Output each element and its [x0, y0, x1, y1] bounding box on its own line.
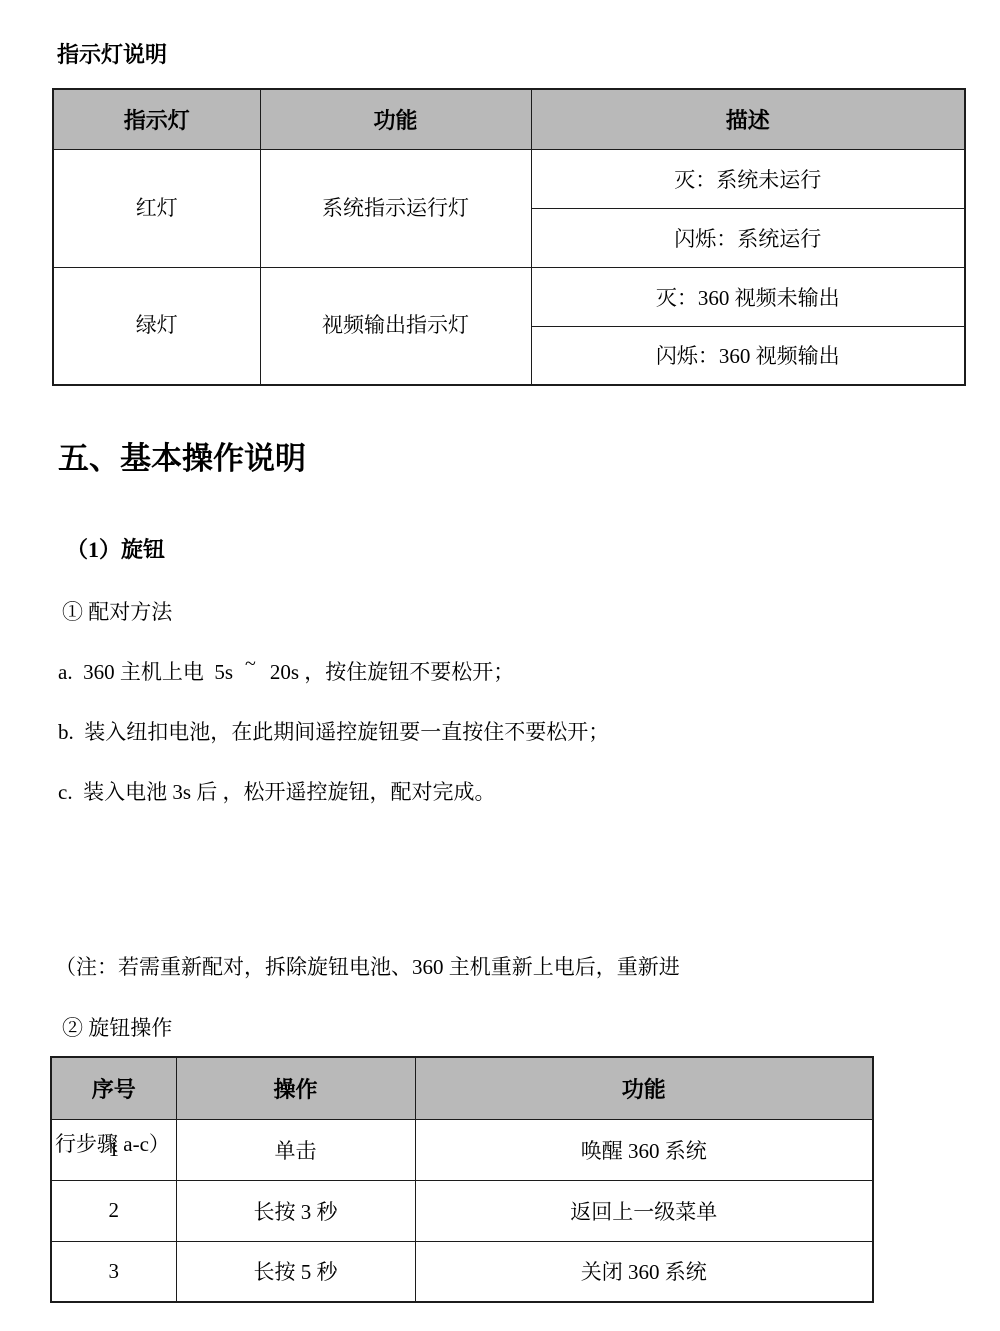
green-light-function: 视频输出指示灯 [261, 296, 531, 355]
knob-row1-operation: 单击 [176, 1119, 415, 1180]
red-light-desc-on: 闪烁：系统运行 [531, 208, 965, 267]
green-light-desc-off: 灭：360 视频未输出 [531, 267, 965, 326]
green-light-desc-on: 闪烁：360 视频输出 [531, 326, 965, 385]
knob-table-header-no: 序号 [51, 1057, 176, 1119]
red-light-cell: 红灯 [53, 149, 260, 267]
indicator-table-header-row: 指示灯 功能 描述 [53, 89, 965, 149]
knob-row1-function: 唤醒 360 系统 [415, 1119, 873, 1180]
sub-section-heading: （1）旋钮 [66, 537, 165, 563]
pairing-step-a: a. 360 主机上电 5s~20s ，按住旋钮不要松开； [58, 659, 514, 686]
knob-row3-function: 关闭 360 系统 [415, 1241, 873, 1302]
table-row: 红灯 系统指示运行灯 灭：系统未运行 [53, 149, 965, 208]
red-light-desc-off: 灭：系统未运行 [531, 149, 965, 208]
pairing-step-c: c. 装入电池 3s 后 ，松开遥控旋钮，配对完成。 [58, 779, 496, 806]
knob-operation-table: 序号 操作 功能 1 单击 唤醒 360 系统 2 长按 3 秒 返回上一级菜单… [50, 1056, 874, 1303]
indicator-table-header-function: 功能 [260, 89, 531, 149]
pairing-method-title: ① 配对方法 [62, 599, 172, 626]
knob-row2-operation: 长按 3 秒 [176, 1180, 415, 1241]
indicator-section-heading: 指示灯说明 [57, 42, 167, 68]
knob-row2-no: 2 [51, 1180, 176, 1241]
indicator-table-header-indicator: 指示灯 [53, 89, 260, 149]
pairing-step-a-text-cont: 20s ，按住旋钮不要松开； [270, 660, 514, 684]
green-light-cell: 绿灯 [53, 267, 260, 385]
knob-row1-no: 1 [51, 1119, 176, 1180]
tilde-symbol: ~ [245, 651, 256, 677]
pairing-step-a-text: a. 360 主机上电 5s [58, 660, 233, 684]
indicator-table-header-desc: 描述 [531, 89, 965, 149]
red-light-label: 红灯 [54, 179, 260, 238]
document-page: 指示灯说明 指示灯 功能 描述 红灯 系统指示运行灯 灭：系统未运行 [0, 0, 1000, 1331]
red-light-function-cell: 系统指示运行灯 [260, 149, 531, 267]
knob-operation-title: ② 旋钮操作 [62, 1015, 172, 1042]
knob-row3-no: 3 [51, 1241, 176, 1302]
knob-table-header-operation: 操作 [176, 1057, 415, 1119]
table-row: 3 长按 5 秒 关闭 360 系统 [51, 1241, 873, 1302]
green-light-label: 绿灯 [54, 296, 260, 355]
pairing-step-b: b. 装入纽扣电池，在此期间遥控旋钮要一直按住不要松开； [58, 719, 609, 746]
knob-row3-operation: 长按 5 秒 [176, 1241, 415, 1302]
main-section-heading: 五、基本操作说明 [58, 440, 306, 477]
pairing-note-line1: （注：若需重新配对，拆除旋钮电池、360 主机重新上电后，重新进 [55, 938, 680, 997]
red-light-function: 系统指示运行灯 [261, 179, 531, 238]
knob-row2-function: 返回上一级菜单 [415, 1180, 873, 1241]
knob-table-header-row: 序号 操作 功能 [51, 1057, 873, 1119]
green-light-function-cell: 视频输出指示灯 [260, 267, 531, 385]
table-row: 2 长按 3 秒 返回上一级菜单 [51, 1180, 873, 1241]
table-row: 1 单击 唤醒 360 系统 [51, 1119, 873, 1180]
table-row: 绿灯 视频输出指示灯 灭：360 视频未输出 [53, 267, 965, 326]
indicator-table: 指示灯 功能 描述 红灯 系统指示运行灯 灭：系统未运行 闪烁：系统运行 绿灯 [52, 88, 966, 386]
knob-table-header-function: 功能 [415, 1057, 873, 1119]
